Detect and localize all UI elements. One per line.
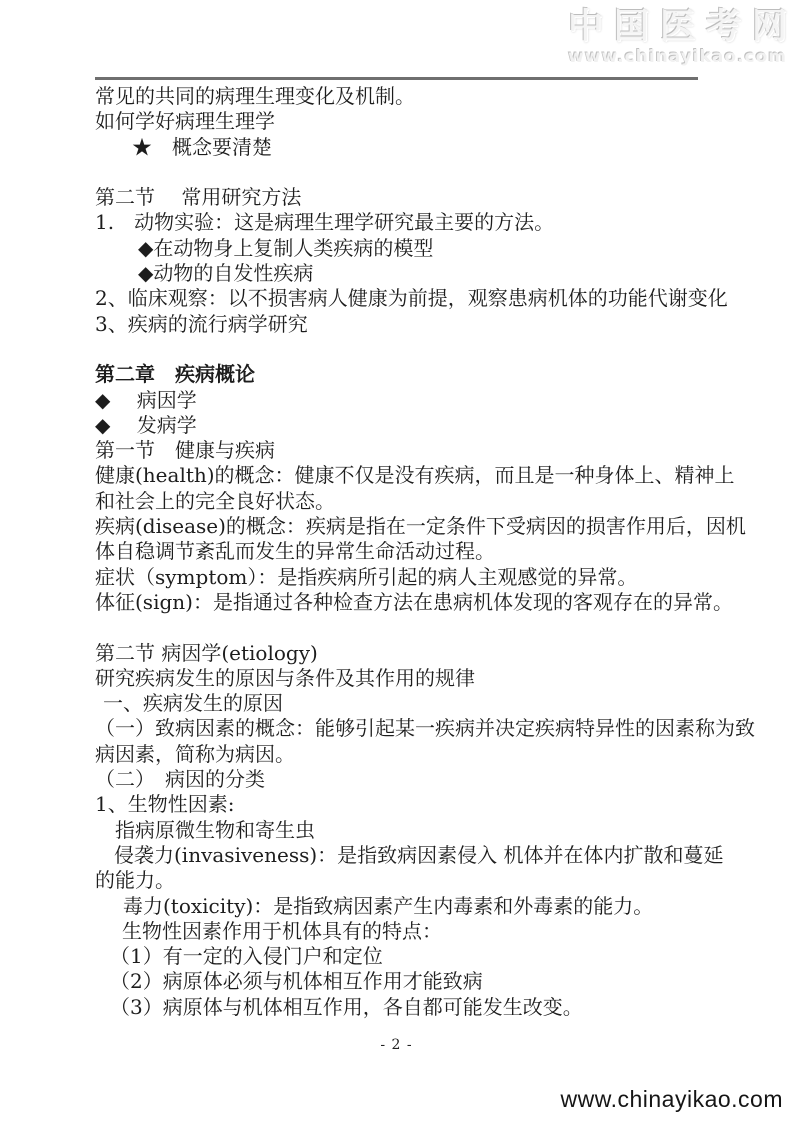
text-line: （二） 病因的分类 — [95, 767, 715, 792]
site-logo-text: 中国医考网 — [568, 8, 793, 47]
document-page: 中国医考网 www.chinayikao.com 常见的共同的病理生理变化及机制… — [0, 0, 793, 1122]
text-line: 病因素，简称为病因。 — [95, 742, 715, 767]
text-line: 1、生物性因素: — [95, 792, 715, 817]
blank-line — [95, 160, 715, 185]
text-line: （一）致病因素的概念：能够引起某一疾病并决定疾病特异性的因素称为致 — [95, 716, 715, 741]
blank-line — [95, 337, 715, 362]
blank-line — [95, 615, 715, 640]
text-line: （1）有一定的入侵门户和定位 — [95, 944, 715, 969]
text-line: 体征(sign)：是指通过各种检查方法在患病机体发现的客观存在的异常。 — [95, 590, 715, 615]
text-line: 疾病(disease)的概念：疾病是指在一定条件下受病因的损害作用后，因机 — [95, 514, 715, 539]
text-line: 毒力(toxicity)：是指致病因素产生内毒素和外毒素的能力。 — [95, 894, 715, 919]
text-line: （3）病原体与机体相互作用，各自都可能发生改变。 — [95, 995, 715, 1020]
text-line: 常见的共同的病理生理变化及机制。 — [95, 84, 715, 109]
document-body: 常见的共同的病理生理变化及机制。如何学好病理生理学★ 概念要清楚 第二节 常用研… — [95, 84, 715, 1020]
text-line: 体自稳调节紊乱而发生的异常生命活动过程。 — [95, 539, 715, 564]
footer-site-url: www.chinayikao.com — [561, 1086, 783, 1113]
text-line: 第一节 健康与疾病 — [95, 438, 715, 463]
text-line: 生物性因素作用于机体具有的特点： — [95, 919, 715, 944]
page-number: - 2 - — [0, 1037, 793, 1053]
text-line: 2、临床观察：以不损害病人健康为前提，观察患病机体的功能代谢变化 — [95, 286, 715, 311]
text-line: 症状（symptom）：是指疾病所引起的病人主观感觉的异常。 — [95, 565, 715, 590]
text-line: 第二节 常用研究方法 — [95, 185, 715, 210]
text-line: （2）病原体必须与机体相互作用才能致病 — [95, 969, 715, 994]
text-line: 指病原微生物和寄生虫 — [95, 818, 715, 843]
text-line: 一、疾病发生的原因 — [95, 691, 715, 716]
text-line: 研究疾病发生的原因与条件及其作用的规律 — [95, 666, 715, 691]
text-line: 1. 动物实验：这是病理生理学研究最主要的方法。 — [95, 210, 715, 235]
site-logo: 中国医考网 www.chinayikao.com — [568, 8, 787, 66]
text-line: ◆ 发病学 — [95, 413, 715, 438]
text-line: 和社会上的完全良好状态。 — [95, 489, 715, 514]
site-logo-url: www.chinayikao.com — [568, 48, 787, 67]
text-line: 第二节 病因学(etiology) — [95, 641, 715, 666]
text-line: 第二章 疾病概论 — [95, 362, 715, 387]
text-line: 侵袭力(invasiveness)：是指致病因素侵入 机体并在体内扩散和蔓延 — [95, 843, 715, 868]
text-line: 健康(health)的概念：健康不仅是没有疾病，而且是一种身体上、精神上 — [95, 463, 715, 488]
text-line: ★ 概念要清楚 — [95, 135, 715, 160]
text-line: ◆ 病因学 — [95, 388, 715, 413]
text-line: 的能力。 — [95, 868, 715, 893]
text-line: 3、疾病的流行病学研究 — [95, 312, 715, 337]
text-line: 如何学好病理生理学 — [95, 109, 715, 134]
text-line: ◆动物的自发性疾病 — [95, 261, 715, 286]
header-divider — [95, 77, 698, 80]
text-line: ◆在动物身上复制人类疾病的模型 — [95, 236, 715, 261]
